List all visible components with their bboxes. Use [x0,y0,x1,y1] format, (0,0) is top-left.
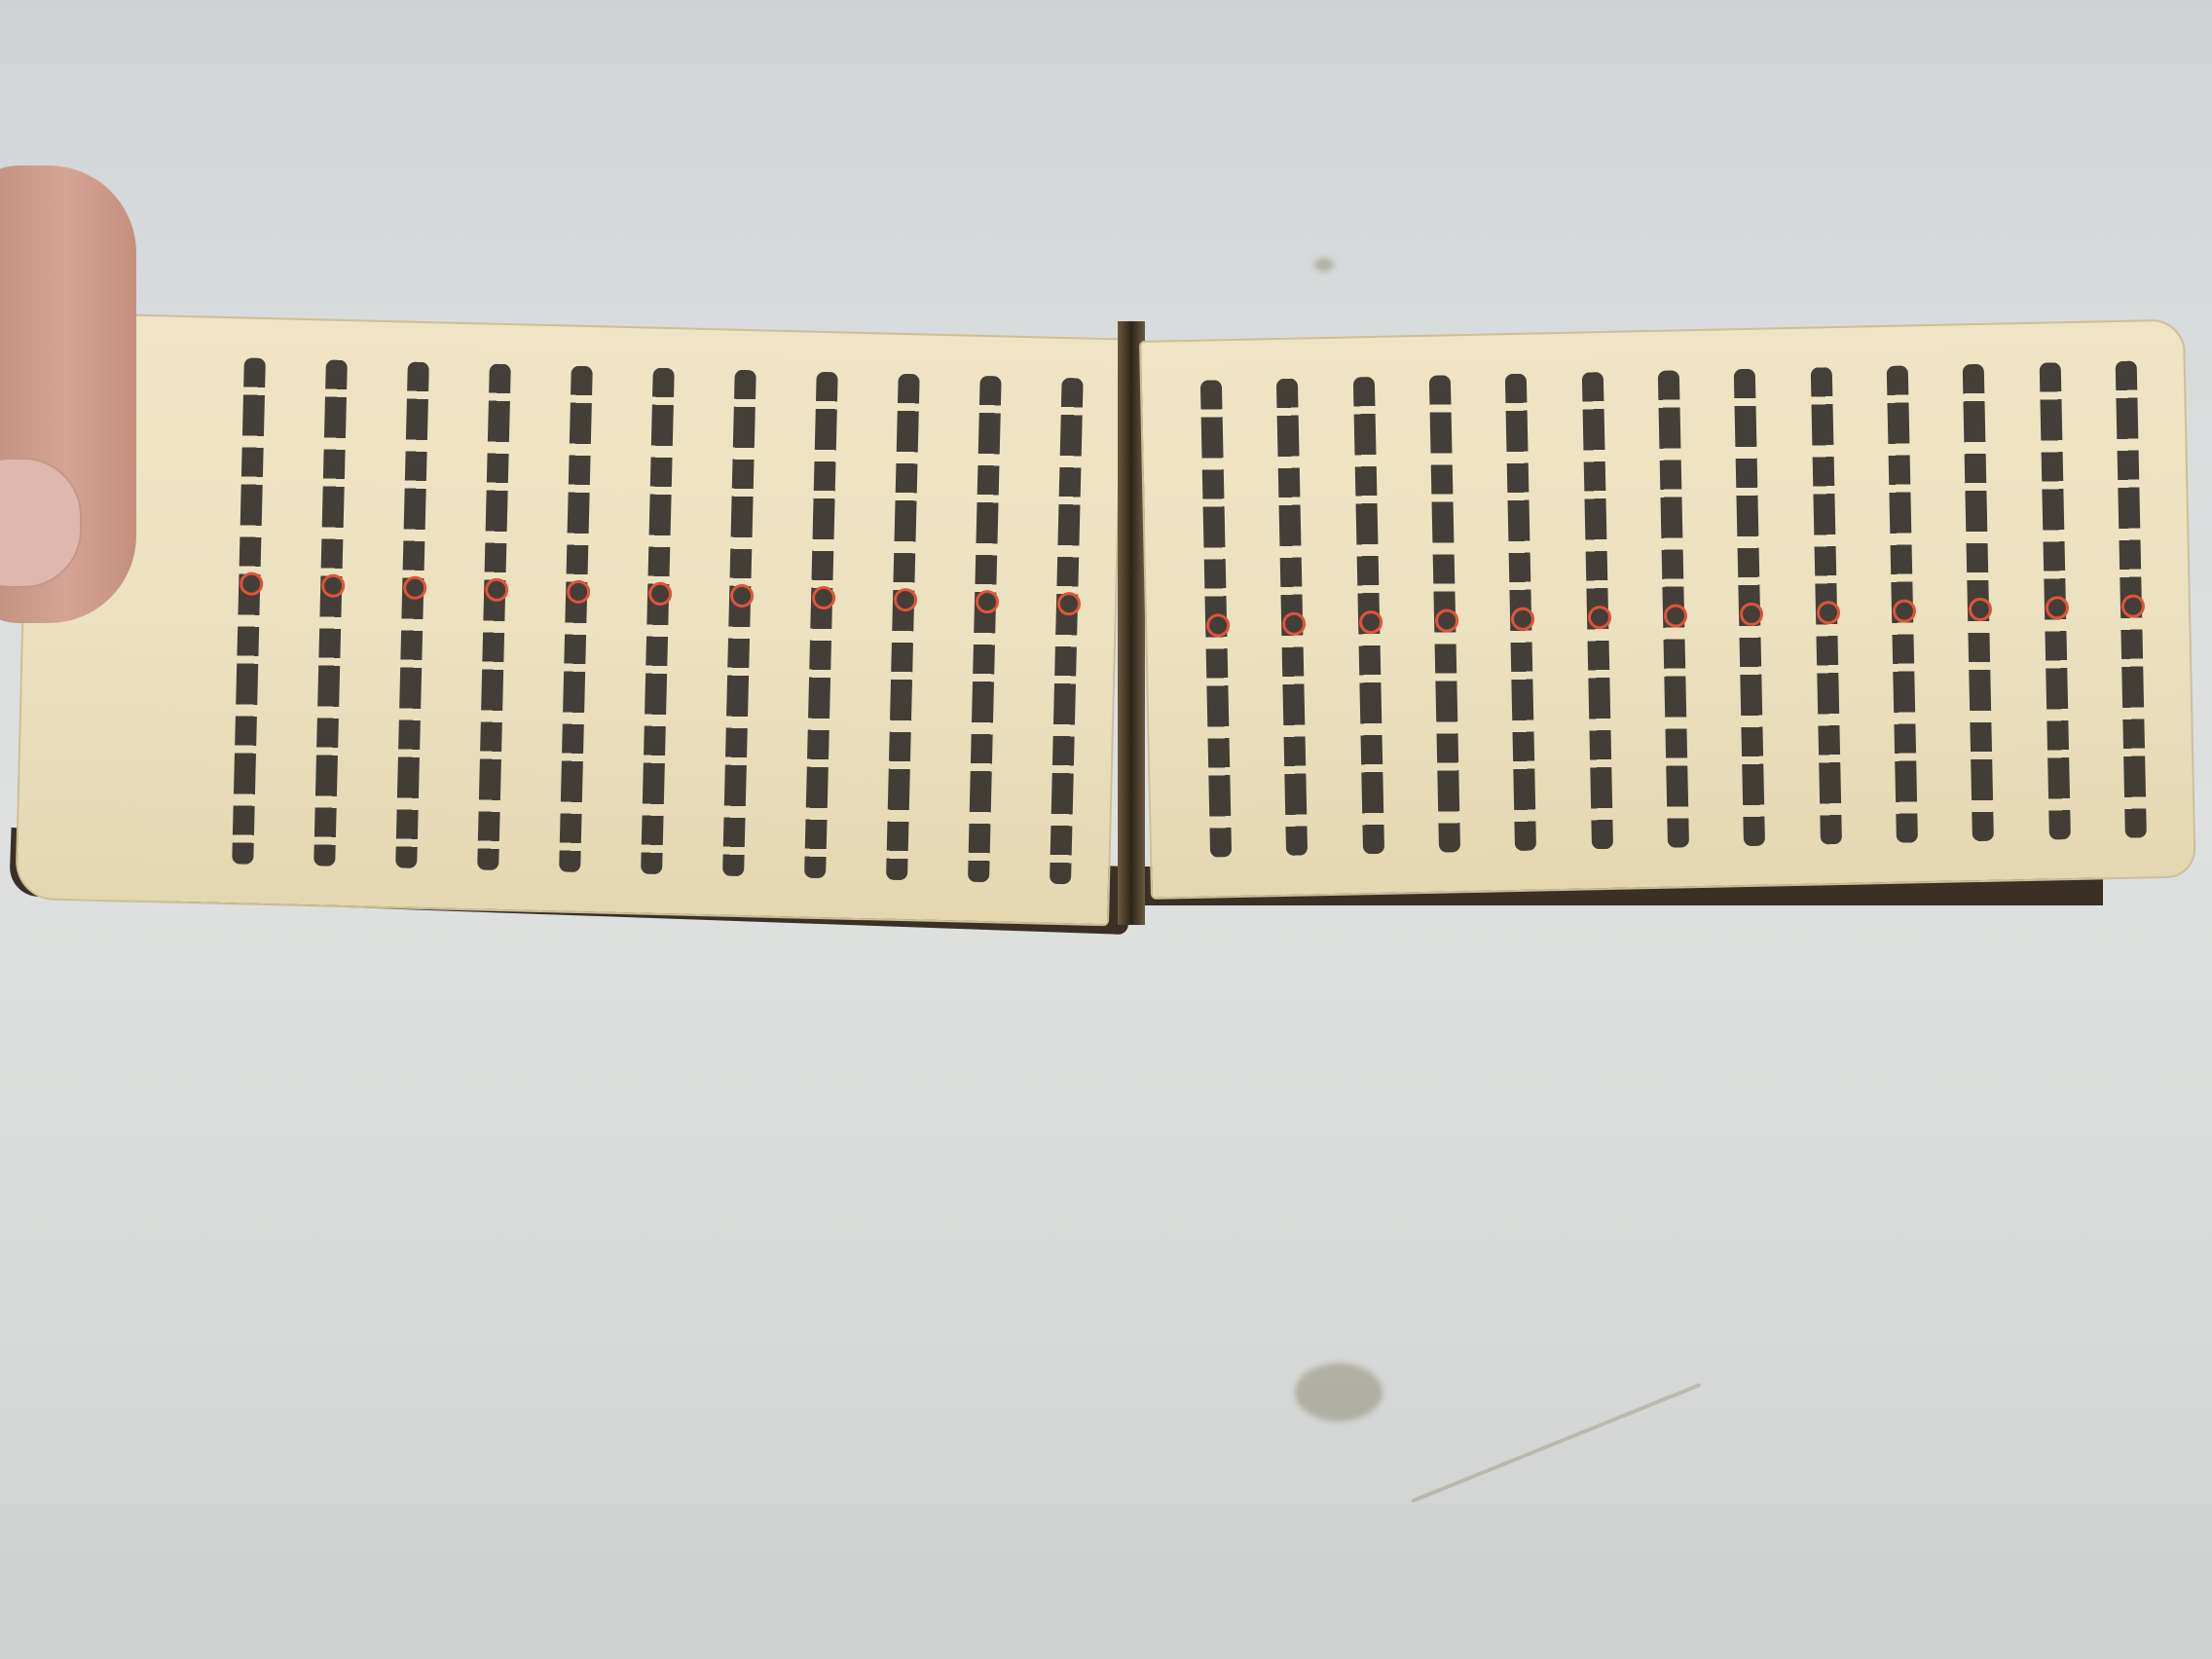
table-stain [1295,1363,1382,1421]
thumbnail [0,458,82,588]
red-verse-marker-icon [1816,601,1839,624]
thumb [0,166,136,623]
red-verse-marker-icon [1587,606,1610,629]
left-page [15,312,1123,926]
table-stain [1314,258,1334,272]
red-verse-marker-icon [1359,610,1382,634]
right-page [1139,319,2196,900]
table-scratch [1411,1382,1701,1503]
red-verse-marker-icon [2045,596,2068,619]
open-manuscript [0,302,2200,944]
